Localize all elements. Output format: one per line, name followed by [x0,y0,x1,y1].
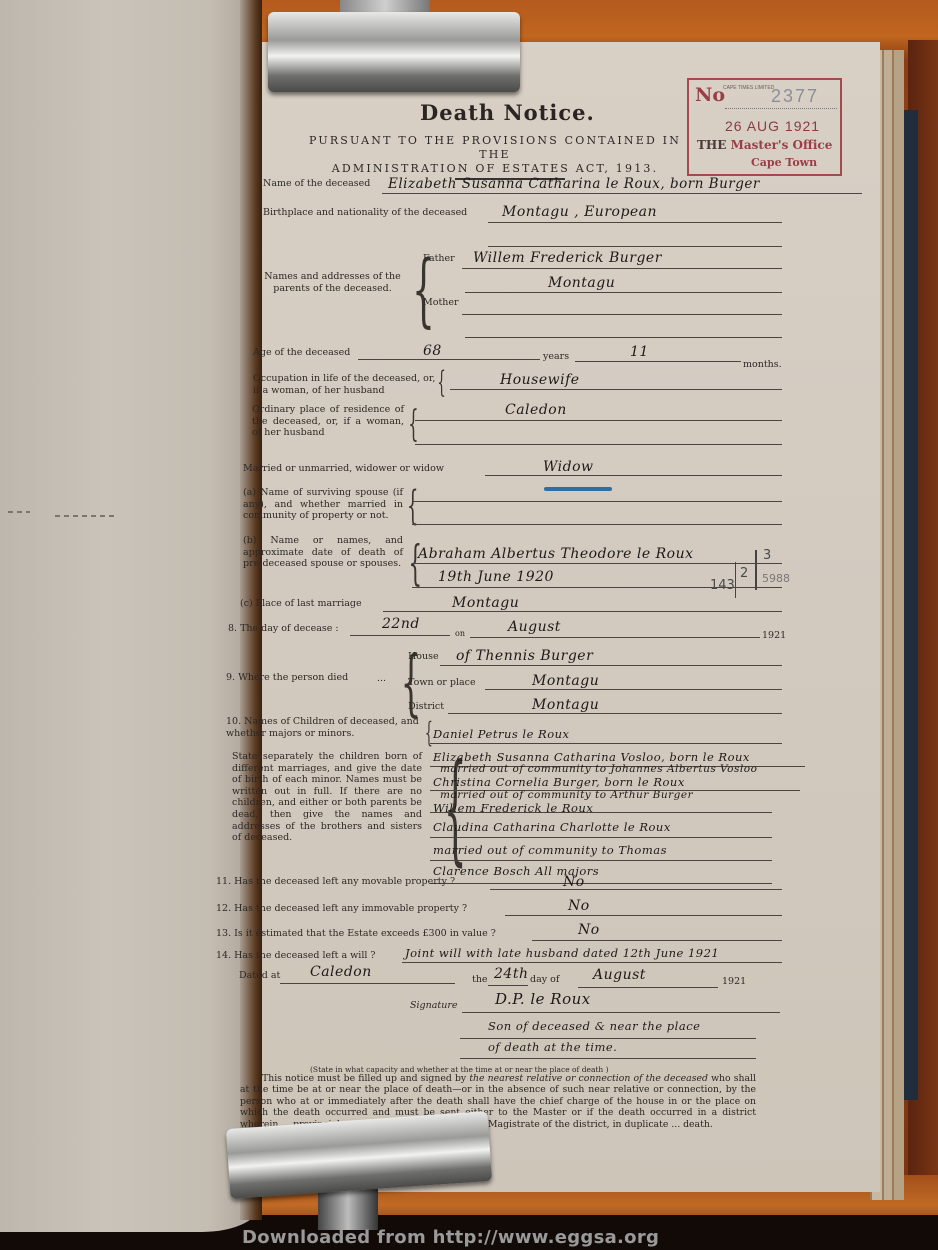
residence-value: Caledon [505,402,567,418]
district-value: Montagu [532,697,599,713]
dated-month: August [593,967,646,983]
father-label: Father [423,253,455,265]
age-months: 11 [630,344,649,360]
where-died-dots: ... [377,673,386,685]
children-instructions: State separately the children born of di… [232,751,422,844]
town-value: Montagu [532,673,599,689]
left-blank-page [0,0,262,1232]
subtitle-line-2: ADMINISTRATION OF ESTATES ACT, 1913. [305,162,685,176]
house-value: of Thennis Burger [456,648,593,664]
child-entry: married out of community to Thomas [433,843,667,857]
age-label: Age of the deceased [253,347,350,359]
children-line [430,743,782,744]
movable-value: No [563,874,585,890]
predeceased-spouse-date: 19th June 1920 [438,569,554,585]
decease-day: 22nd [382,616,420,632]
marital-label: Married or unmarried, widower or widow [243,463,444,475]
immovable-line [505,915,782,916]
immovable-value: No [568,898,590,914]
predeceased-spouse-line [412,563,782,564]
metal-page-clip-top [268,12,520,92]
marital-value: Widow [543,459,594,475]
masters-office-stamp: No CAPE TIMES LIMITED 2377 26 AUG 1921 T… [687,78,842,176]
blank-line [488,246,782,247]
town-label: Town or place [408,677,476,689]
stamp-office: THE Master's Office [697,138,832,152]
decease-month-line [470,637,760,638]
mother-line [462,314,782,315]
dated-place-line [280,983,455,984]
notice-text-italic: the nearest relative or connection of th… [469,1073,708,1084]
margin-box-number: 2 [740,566,748,581]
document-title: Death Notice. [420,100,595,125]
age-years-line [358,359,540,360]
stamp-dotted-line [725,108,837,109]
estate-label: 13. Is it estimated that the Estate exce… [216,928,496,940]
capacity-line-2 [460,1058,756,1059]
children-label: 10. Names of Children of deceased, and w… [226,716,426,739]
blue-pencil-mark [544,487,612,491]
occupation-value: Housewife [500,372,580,388]
age-months-line [575,361,741,362]
immovable-label: 12. Has the deceased left any immovable … [216,903,467,915]
father-address: Montagu [548,275,615,291]
signature-label: Signature [410,1000,458,1012]
name-label: Name of the deceased [263,178,370,190]
occupation-label: Occupation in life of the deceased, or, … [253,373,438,396]
father-line [462,268,782,269]
source-watermark: Downloaded from http://www.eggsa.org [242,1227,659,1248]
brace: { [437,370,446,396]
child-entry: Claudina Catharina Charlotte le Roux [433,820,671,834]
movable-line [490,889,782,890]
document-subtitle: PURSUANT TO THE PROVISIONS CONTAINED IN … [305,134,685,176]
child-entry: Willem Frederick le Roux [433,801,593,815]
name-value: Elizabeth Susanna Catharina le Roux, bor… [388,176,760,192]
child-entry: married out of community to Johannes Alb… [440,763,757,775]
dated-day: 24th [494,966,528,982]
dated-place: Caledon [310,964,372,980]
surviving-spouse-label: (a) Name of surviving spouse (if any), a… [243,487,403,522]
movable-label: 11. Has the deceased left any movable pr… [216,876,455,888]
margin-bottom-number: 5988 [762,572,790,585]
name-line [382,193,862,194]
age-years: 68 [423,343,442,359]
years-label: years [543,351,569,363]
faint-dashed-line [8,511,30,513]
dated-year: 1921 [722,976,746,988]
will-label: 14. Has the deceased left a will ? [216,950,376,962]
instructions-notice: This notice must be filled up and signed… [240,1073,756,1130]
father-address-line [465,292,782,293]
dated-month-line [578,987,718,988]
stamp-no-label: No [695,84,725,106]
will-line [402,962,782,963]
district-label: District [408,701,444,713]
children-line [430,860,772,861]
surviving-spouse-line-2 [412,524,782,525]
estate-value: No [578,922,600,938]
child-entry: married out of community to Arthur Burge… [440,789,693,801]
stamp-town: Cape Town [751,156,817,169]
stamp-office-name: Master's Office [731,138,833,152]
birthplace-label: Birthplace and nationality of the deceas… [263,207,467,219]
estate-line [532,940,782,941]
marriage-place-label: (c) Place of last marriage [240,598,362,610]
occupation-line [450,389,782,390]
capacity-line-2-text: of death at the time. [488,1040,617,1054]
where-died-label: 9. Where the person died [226,672,348,684]
stamp-number: 2377 [771,86,819,107]
residence-line [415,420,782,421]
marriage-place-value: Montagu [452,595,519,611]
subtitle-line-1: PURSUANT TO THE PROVISIONS CONTAINED IN … [305,134,685,162]
signature-value: D.P. le Roux [495,990,591,1008]
dated-at-label: Dated at [239,970,280,982]
capacity-line-1: Son of deceased & near the place [488,1019,700,1033]
stamp-the: THE [697,138,726,152]
surviving-spouse-line [412,501,782,502]
on-label: on [455,628,465,640]
birthplace-line [488,222,782,223]
capacity-line [460,1038,756,1039]
mother-address-line [465,337,782,338]
notice-text-start: This notice must be filled up and signed… [240,1073,469,1084]
decease-year: 1921 [762,630,786,642]
months-label: months. [743,359,782,371]
child-entry: Christina Cornelia Burger, born le Roux [433,775,685,789]
house-line [440,665,782,666]
residence-line-2 [415,444,782,445]
house-label: House [408,651,439,663]
predeceased-spouse-name: Abraham Albertus Theodore le Roux [418,546,694,562]
decease-month: August [508,619,561,635]
father-name: Willem Frederick Burger [473,250,662,266]
decease-day-line [350,635,450,636]
marital-line [485,475,782,476]
page-edge [892,50,904,1200]
mother-label: Mother [423,297,459,309]
dated-day-line [488,985,528,986]
predeceased-spouse-label: (b) Name or names, and approximate date … [243,535,403,570]
children-line [430,883,772,884]
children-line [430,837,772,838]
will-value: Joint will with late husband dated 12th … [405,946,719,960]
margin-rule [735,562,736,598]
brace: { [408,408,418,442]
faint-dashed-line [55,515,117,517]
margin-rule [755,550,757,590]
district-line [448,713,782,714]
parents-label: Names and addresses of the parents of th… [255,271,410,294]
stamp-date: 26 AUG 1921 [725,118,820,134]
signature-line [462,1012,780,1013]
child-entry: Elizabeth Susanna Catharina Vosloo, born… [433,750,750,764]
decease-day-label: 8. The day of decease : [228,623,339,635]
marriage-place-line [383,611,782,612]
brace: { [407,488,418,524]
birthplace-value: Montagu , European [502,204,657,220]
margin-ref-number: 143 [710,578,735,593]
town-line [485,689,782,690]
book-spine [240,0,262,1220]
day-of-label: day of [530,974,559,986]
the-label: the [472,974,488,986]
residence-label: Ordinary place of residence of the decea… [252,404,404,439]
stamp-printer: CAPE TIMES LIMITED [723,85,774,91]
margin-top-number: 3 [763,548,771,563]
